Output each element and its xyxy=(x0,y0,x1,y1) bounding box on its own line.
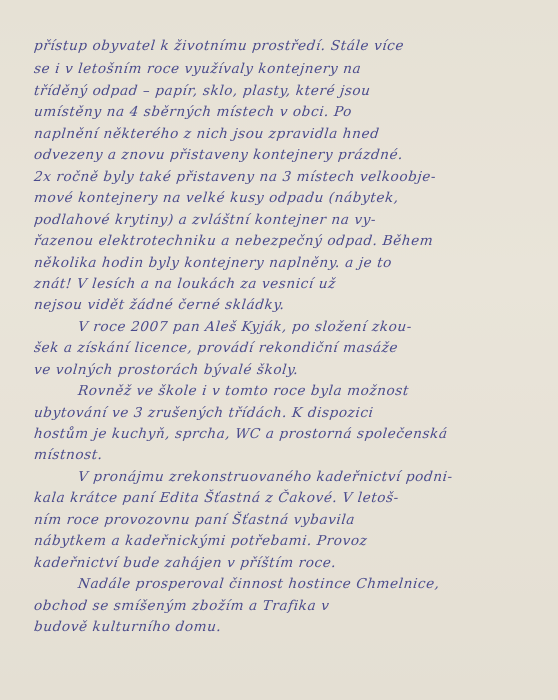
handwritten-line: obchod se smíšeným zbožím a Trafika v xyxy=(33,598,330,614)
handwritten-line: přístup obyvatel k životnímu prostředí. … xyxy=(33,38,405,54)
handwritten-line: Nadále prosperoval činnost hostince Chme… xyxy=(77,576,440,592)
handwritten-line: naplnění některého z nich jsou zpravidla… xyxy=(33,126,380,142)
handwritten-line: řazenou elektrotechniku a nebezpečný odp… xyxy=(33,233,434,249)
handwritten-line: znát! V lesích a na loukách za vesnicí u… xyxy=(33,276,337,292)
handwritten-line: kala krátce paní Edita Šťastná z Čakové.… xyxy=(33,490,400,506)
handwritten-line: V roce 2007 pan Aleš Kyják, po složení z… xyxy=(77,319,413,335)
handwritten-line: 2x ročně byly také přistaveny na 3 míste… xyxy=(33,169,437,185)
handwritten-page: přístup obyvatel k životnímu prostředí. … xyxy=(0,0,558,700)
handwritten-line: mové kontejnery na velké kusy odpadu (ná… xyxy=(33,190,400,206)
handwritten-line: ubytování ve 3 zrušených třídách. K disp… xyxy=(33,405,374,421)
handwritten-line: Rovněž ve škole i v tomto roce byla možn… xyxy=(77,383,410,399)
handwritten-line: hostům je kuchyň, sprcha, WC a prostorná… xyxy=(33,426,448,442)
handwritten-line: místnost. xyxy=(33,447,103,463)
handwritten-line: několika hodin byly kontejnery naplněny.… xyxy=(33,255,393,271)
handwritten-line: šek a získání licence, provádí rekondičn… xyxy=(33,340,399,356)
handwritten-line: podlahové krytiny) a zvláštní kontejner … xyxy=(33,212,377,228)
handwritten-line: kadeřnictví bude zahájen v příštím roce. xyxy=(33,555,337,571)
handwritten-line: se i v letošním roce využívaly kontejner… xyxy=(33,61,362,77)
handwritten-line: budově kulturního domu. xyxy=(33,619,222,635)
handwritten-line: nábytkem a kadeřnickými potřebami. Provo… xyxy=(33,533,368,549)
handwritten-line: V pronájmu zrekonstruovaného kadeřnictví… xyxy=(77,469,453,485)
handwritten-line: tříděný odpad – papír, sklo, plasty, kte… xyxy=(33,83,371,99)
handwritten-line: ním roce provozovnu paní Šťastná vybavil… xyxy=(33,512,356,528)
handwritten-line: odvezeny a znovu přistaveny kontejnery p… xyxy=(33,147,404,163)
handwritten-line: nejsou vidět žádné černé skládky. xyxy=(33,297,285,313)
handwritten-line: ve volných prostorách bývalé školy. xyxy=(33,362,299,378)
handwritten-line: umístěny na 4 sběrných místech v obci. P… xyxy=(33,104,353,120)
